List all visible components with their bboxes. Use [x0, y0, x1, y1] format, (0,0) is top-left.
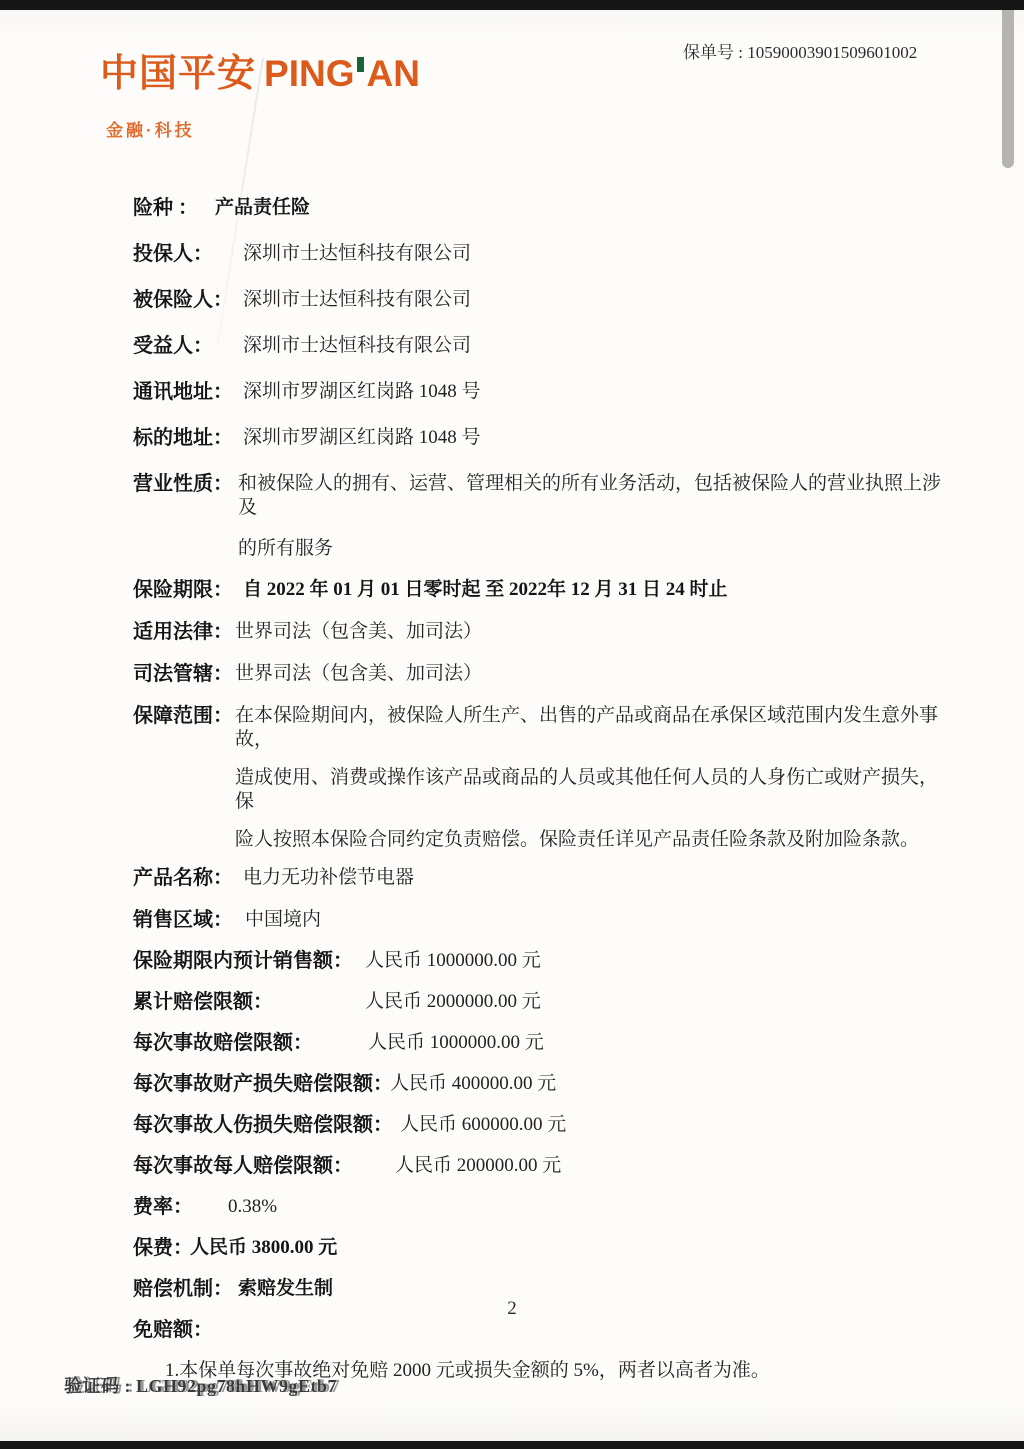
field-value: 人民币 400000.00 元 [390, 1072, 942, 1096]
top-border-bar [0, 0, 1024, 10]
field-value-line: 和被保险人的拥有、运营、管理相关的所有业务活动，包括被保险人的营业执照上涉及 [238, 472, 942, 520]
bottom-border-bar [0, 1441, 1024, 1449]
pingan-tagline: 金融·科技 [106, 116, 195, 141]
pingan-green-mark-icon [357, 57, 364, 72]
field-value: 深圳市罗湖区红岗路 1048 号 [243, 426, 942, 450]
pingan-logo-chinese: 中国平安 [100, 53, 256, 95]
field-value: 人民币 3800.00 元 [190, 1236, 942, 1260]
field-value: 人民币 1000000.00 元 [368, 1031, 942, 1055]
policy-number: 保单号 : 10590003901509601002 [683, 38, 917, 63]
field-label: 保险期限内预计销售额： [133, 949, 353, 973]
field-row-est_sales: 保险期限内预计销售额：人民币 1000000.00 元 [0, 949, 1024, 973]
field-row-product_name: 产品名称：电力无功补偿节电器 [0, 866, 1024, 890]
field-label: 费率： [133, 1195, 193, 1219]
field-label: 保障范围： [133, 704, 233, 728]
field-row-subject_address: 标的地址：深圳市罗湖区红岗路 1048 号 [0, 426, 1024, 450]
field-row-period: 保险期限：自 2022 年 01 月 01 日零时起 至 2022年 12 月 … [0, 578, 1024, 602]
field-row-property_limit: 每次事故财产损失赔偿限额：人民币 400000.00 元 [0, 1072, 1024, 1096]
field-value [243, 1318, 942, 1342]
field-value: 产品责任险 [215, 196, 942, 220]
field-value: 深圳市士达恒科技有限公司 [243, 288, 942, 312]
pingan-logo-english: PINGAN [264, 53, 420, 94]
field-value: 中国境内 [245, 908, 942, 932]
field-row-deductible_header: 免赔额： [0, 1318, 1024, 1342]
field-row-beneficiary: 受益人：深圳市士达恒科技有限公司 [0, 334, 1024, 358]
field-value: 和被保险人的拥有、运营、管理相关的所有业务活动，包括被保险人的营业执照上涉及的所… [238, 472, 942, 561]
field-row-per_person_limit: 每次事故每人赔偿限额：人民币 200000.00 元 [0, 1154, 1024, 1178]
verification-code-value: LGH92pg78hHW9gEtb7 [136, 1376, 337, 1396]
field-value-line: 在本保险期间内，被保险人所生产、出售的产品或商品在承保区域范围内发生意外事故， [235, 704, 942, 752]
page-number: 2 [0, 1298, 1024, 1320]
field-row-sales_region: 销售区域：中国境内 [0, 908, 1024, 932]
field-row-mailing_address: 通讯地址：深圳市罗湖区红岗路 1048 号 [0, 380, 1024, 404]
field-value: 深圳市士达恒科技有限公司 [243, 334, 942, 358]
verification-code-label: 验证码 : [64, 1376, 136, 1396]
field-value: 人民币 200000.00 元 [395, 1154, 942, 1178]
field-value: 在本保险期间内，被保险人所生产、出售的产品或商品在承保区域范围内发生意外事故，造… [235, 704, 942, 852]
field-value-line: 险人按照本保险合同约定负责赔偿。保险责任详见产品责任险条款及附加险条款。 [235, 828, 942, 852]
field-label: 适用法律： [133, 620, 233, 644]
field-label: 司法管辖： [133, 662, 233, 686]
field-row-business_nature: 营业性质：和被保险人的拥有、运营、管理相关的所有业务活动，包括被保险人的营业执照… [0, 472, 1024, 561]
verification-code: 验证码 : LGH92pg78hHW9gEtb7 [64, 1372, 337, 1398]
field-value: 人民币 2000000.00 元 [365, 990, 942, 1014]
field-value-line: 造成使用、消费或操作该产品或商品的人员或其他任何人员的人身伤亡或财产损失，保 [235, 766, 942, 814]
field-label: 保险期限： [133, 578, 233, 602]
field-label: 销售区域： [133, 908, 233, 932]
field-value: 人民币 1000000.00 元 [365, 949, 942, 973]
field-label: 营业性质： [133, 472, 233, 496]
field-row-coverage: 保障范围：在本保险期间内，被保险人所生产、出售的产品或商品在承保区域范围内发生意… [0, 704, 1024, 852]
scrollbar-thumb[interactable] [1002, 10, 1014, 168]
field-label: 通讯地址： [133, 380, 233, 404]
policy-number-value: 10590003901509601002 [747, 43, 917, 62]
policy-number-label: 保单号 : [683, 43, 747, 62]
document-rows: 险种 ：产品责任险投保人：深圳市士达恒科技有限公司被保险人：深圳市士达恒科技有限… [0, 196, 1024, 1383]
field-label: 产品名称： [133, 866, 233, 890]
field-label: 投保人： [133, 242, 213, 266]
field-value-line: 的所有服务 [238, 537, 942, 561]
field-label: 每次事故赔偿限额： [133, 1031, 313, 1055]
field-value: 人民币 600000.00 元 [400, 1113, 942, 1137]
field-row-per_occurrence_limit: 每次事故赔偿限额：人民币 1000000.00 元 [0, 1031, 1024, 1055]
field-row-law: 适用法律：世界司法（包含美、加司法） [0, 620, 1024, 644]
field-row-applicant: 投保人：深圳市士达恒科技有限公司 [0, 242, 1024, 266]
field-label: 保费： [133, 1236, 193, 1260]
field-label: 每次事故财产损失赔偿限额： [133, 1072, 393, 1096]
field-label: 累计赔偿限额： [133, 990, 273, 1014]
field-label: 免赔额： [133, 1318, 213, 1342]
field-value: 自 2022 年 01 月 01 日零时起 至 2022年 12 月 31 日 … [243, 578, 942, 602]
field-label: 险种 ： [133, 196, 198, 220]
field-row-rate: 费率：0.38% [0, 1195, 1024, 1219]
field-row-insured: 被保险人：深圳市士达恒科技有限公司 [0, 288, 1024, 312]
field-value: 深圳市罗湖区红岗路 1048 号 [243, 380, 942, 404]
field-row-aggregate_limit: 累计赔偿限额：人民币 2000000.00 元 [0, 990, 1024, 1014]
field-row-insurance_type: 险种 ：产品责任险 [0, 196, 1024, 220]
field-label: 受益人： [133, 334, 213, 358]
document-page: 中国平安PINGAN 金融·科技 保单号 : 10590003901509601… [0, 0, 1024, 1449]
field-value: 电力无功补偿节电器 [243, 866, 942, 890]
field-label: 每次事故人伤损失赔偿限额： [133, 1113, 393, 1137]
field-label: 标的地址： [133, 426, 233, 450]
field-value: 深圳市士达恒科技有限公司 [243, 242, 942, 266]
field-row-injury_limit: 每次事故人伤损失赔偿限额：人民币 600000.00 元 [0, 1113, 1024, 1137]
pingan-logo: 中国平安PINGAN [100, 42, 420, 97]
field-label: 每次事故每人赔偿限额： [133, 1154, 353, 1178]
field-value: 世界司法（包含美、加司法） [235, 620, 942, 644]
field-label: 被保险人： [133, 288, 233, 312]
field-value: 0.38% [228, 1195, 942, 1219]
field-row-jurisdiction: 司法管辖：世界司法（包含美、加司法） [0, 662, 1024, 686]
field-value: 世界司法（包含美、加司法） [235, 662, 942, 686]
field-row-premium: 保费：人民币 3800.00 元 [0, 1236, 1024, 1260]
